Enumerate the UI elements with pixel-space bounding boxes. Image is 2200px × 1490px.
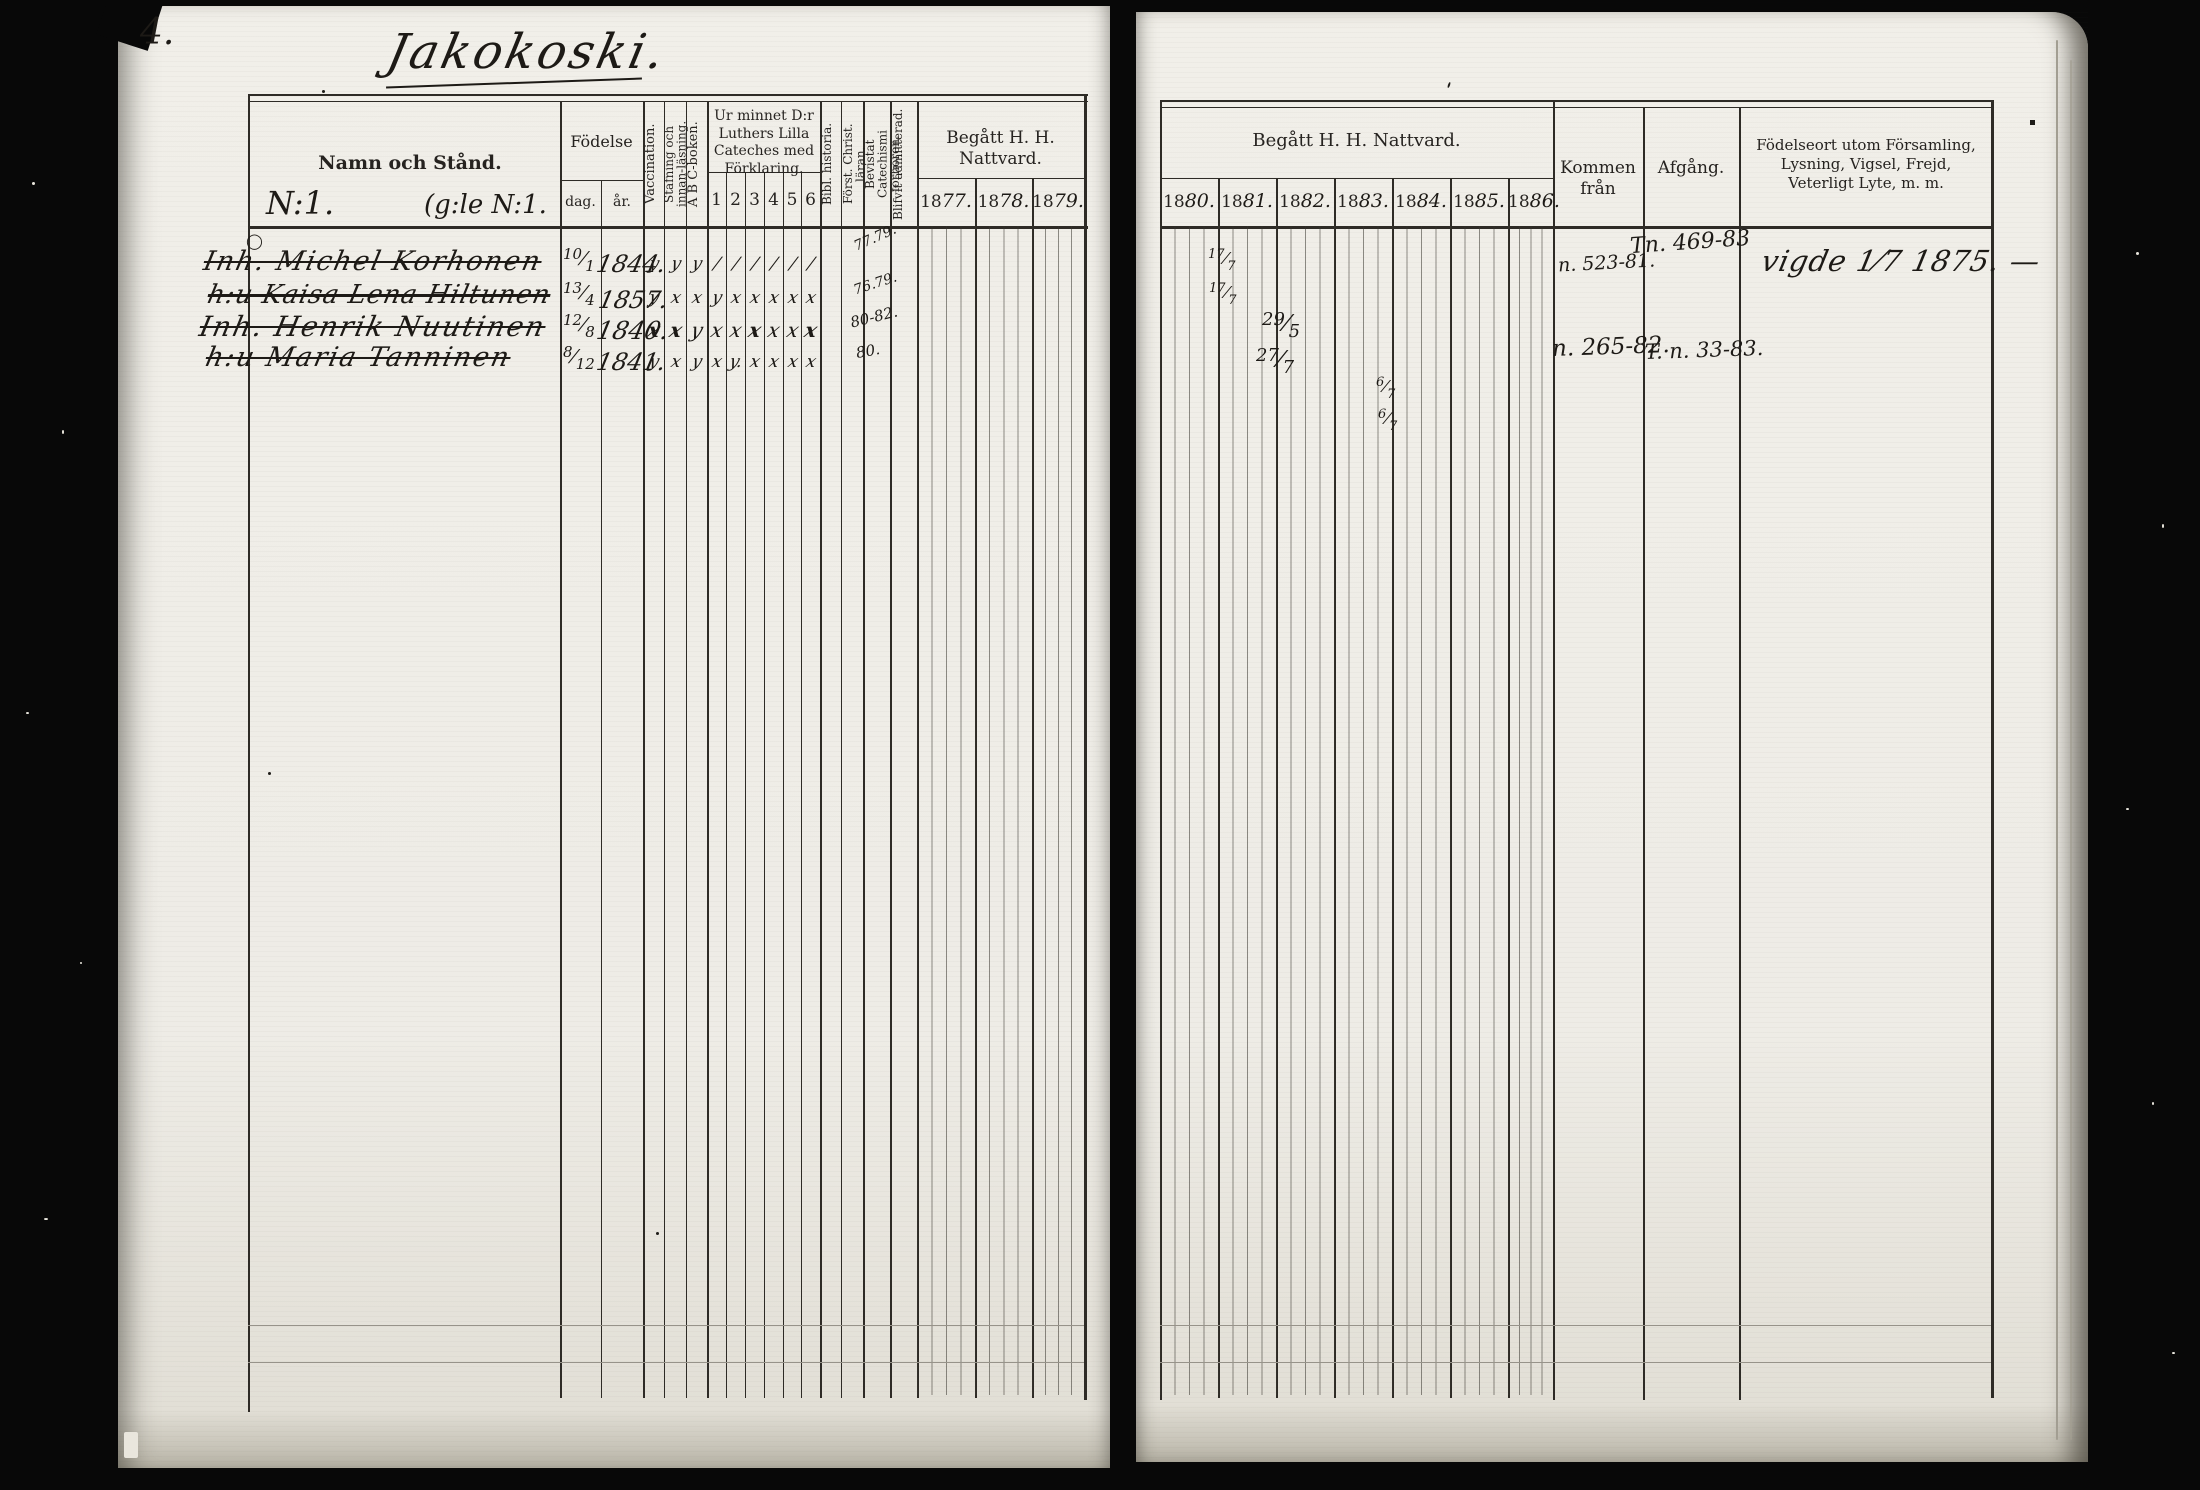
row-name: Inh. Henrik Nuutinen [196,310,549,343]
column-header-notes: Födelseort utom Församling, Lysning, Vig… [1748,136,1984,192]
dust-speck [2126,808,2129,810]
dust-speck [124,1432,138,1458]
birth-month: 1 [585,257,595,275]
year-subcolumn-rules [975,226,1032,1395]
year-written: 81. [1243,190,1273,212]
column-header-nattvard-left: Begått H. H. Nattvard. [917,128,1084,171]
dust-speck [2136,252,2139,255]
communion-date-1882: 29⁄5 [1262,312,1300,338]
dust-speck [2162,524,2164,528]
year-written: 79. [1054,190,1084,212]
column-header-afgang: Afgång. [1643,158,1739,179]
year-header-1878: 1878. [975,190,1032,214]
ink-speck [322,90,325,93]
left-table-top-rule-inner [248,101,1088,102]
ink-speck [268,772,271,775]
communion-date-1883: 6⁄7 [1376,378,1395,397]
year-subcolumn-rules [1450,226,1508,1395]
communion-month: 7 [1389,419,1397,434]
column-rule [1643,107,1645,1400]
ruled-line [1160,1362,1991,1363]
row-name: Inh. Michel Korhonen [201,246,545,277]
birth-date: 10⁄1 [563,250,595,271]
cateches-col-2: 2 [726,190,745,211]
communion-day: 17 [1208,247,1225,262]
year-printed: 18 [1337,192,1359,212]
left-table-right-border [1084,94,1087,1400]
dust-speck [32,182,35,185]
birth-day: 8 [563,343,573,361]
birth-date: 13⁄4 [563,284,595,305]
ruled-line [248,1325,1084,1326]
column-header-ur-minnet: Ur minnet D:r Luthers Lilla Cateches med… [709,108,819,178]
year-written: 85. [1475,190,1505,212]
column-rule [890,101,892,1398]
scanned-parish-register-spread: 4. Jakokoski. Namn och Stånd. N:1. (g:le… [0,0,2200,1490]
year-written: 84. [1417,190,1447,212]
birth-day: 10 [563,245,582,263]
year-printed: 18 [1163,192,1185,212]
year-subcolumn-rules [1334,226,1392,1395]
year-subcolumn-rules [1508,226,1553,1395]
ink-speck [2030,120,2035,125]
year-printed: 18 [978,192,1000,212]
year-subcolumn-rules [1392,226,1450,1395]
column-header-bevistat: Bevistat Catechismi förhören. [864,106,889,222]
page-number: 4. [140,12,174,53]
communion-day: 17 [1209,281,1226,296]
left-table-top-rule [248,94,1088,96]
birth-month: 12 [576,355,595,373]
page-edge-line [2070,60,2072,1440]
communion-month: 7 [1227,259,1235,274]
communion-month: 7 [1283,357,1294,378]
communion-date-1881: 17⁄7 [1209,284,1237,303]
row-name: h:u Kaisa Lena Hiltunen [205,280,554,310]
column-header-namn: Namn och Stånd. [270,152,550,176]
year-header-1881: 1881. [1218,190,1276,214]
dust-speck [44,1218,48,1220]
house-number: N:1. [266,184,334,222]
communion-month: 7 [1387,387,1395,402]
birth-day: 12 [563,311,582,329]
birth-date: 12⁄8 [563,316,595,337]
dust-speck [26,712,29,714]
column-rule [560,101,562,1398]
column-header-fodelse: Födelse [560,132,643,152]
communion-day: 29 [1262,309,1285,330]
cateches-col-5: 5 [783,190,801,211]
communion-date-1883: 6⁄7 [1378,410,1397,429]
year-header-1882: 1882. [1276,190,1334,214]
communion-day: 27 [1256,345,1279,366]
dust-speck [2152,1102,2154,1105]
column-rule [1553,100,1555,1400]
year-printed: 18 [920,192,942,212]
cateches-col-6: 6 [801,190,820,211]
year-header-1880: 1880. [1160,190,1218,214]
communion-date-1882: 27⁄7 [1256,348,1294,374]
ruled-line [248,1362,1084,1363]
year-written: 77. [942,190,972,212]
column-rule [1739,107,1741,1400]
column-header-forst-christ: Först. Christ. läran. [842,106,862,222]
page-edge-line [2056,40,2058,1440]
year-written: 82. [1301,190,1331,212]
column-header-nattvard-right: Begått H. H. Nattvard. [1160,130,1553,153]
column-header-bibl-historia: Bibl. historia. [821,106,840,222]
right-table-top-rule-inner [1160,107,1993,108]
column-header-abc-boken: A B C-boken. [687,106,706,222]
year-written: 80. [1185,190,1215,212]
communion-month: 7 [1228,293,1236,308]
year-subcolumn-rules [1032,226,1084,1395]
year-header-1883: 1883. [1334,190,1392,214]
right-table-right-border [1991,100,1994,1398]
year-printed: 18 [1395,192,1417,212]
year-subcolumn-rules [1218,226,1276,1395]
year-printed: 18 [1453,192,1475,212]
fodelse-split-rule [560,180,643,181]
column-header-dag: dag. [560,194,601,212]
year-header-1886: 1886. [1508,190,1553,214]
column-header-ar: år. [601,194,643,212]
cateches-col-3: 3 [745,190,764,211]
year-written: 78. [999,190,1029,212]
row-name: h:u Maria Tanninen [203,342,514,373]
dust-speck [62,430,64,434]
year-header-1879: 1879. [1032,190,1084,214]
year-printed: 18 [1032,192,1054,212]
year-written: 83. [1359,190,1389,212]
column-header-vaccination: Vaccination. [644,106,663,222]
birth-month: 4 [585,291,595,309]
year-header-1885: 1885. [1450,190,1508,214]
ink-speck [656,1232,659,1235]
nattvard-split-rule [917,178,1084,179]
dust-speck [2172,1352,2175,1354]
communion-month: 5 [1289,321,1300,342]
year-printed: 18 [1508,192,1530,212]
right-table-top-rule [1160,100,1993,102]
column-header-blifvit: Blifvit admitterad. [892,106,916,222]
communion-date-1881: 17⁄7 [1208,250,1236,269]
year-printed: 18 [1221,192,1243,212]
year-header-1877: 1877. [917,190,975,214]
year-header-1884: 1884. [1392,190,1450,214]
dust-speck [80,962,82,964]
birth-day: 13 [563,279,582,297]
book-title: Jakokoski. [382,24,672,80]
marriage-note: vigde 1⁄7 1875. — [1758,244,2044,278]
year-printed: 18 [1279,192,1301,212]
column-header-kommen-fran: Kommen från [1553,158,1643,201]
old-house-number: (g:le N:1. [424,190,547,220]
cateches-col-4: 4 [764,190,783,211]
year-subcolumn-rules [917,226,975,1395]
birth-month: 8 [585,323,595,341]
column-rule [841,101,842,1398]
birth-date: 8⁄12 [563,348,595,369]
year-subcolumn-rules [1276,226,1334,1395]
cateches-col-1: 1 [707,190,726,211]
column-header-stafning: Stafning och innan-läsning. [663,106,686,222]
afgang-value: T. n. 33-83. [1645,336,1764,364]
ruled-line [1160,1325,1991,1326]
year-subcolumn-rules [1160,226,1218,1395]
